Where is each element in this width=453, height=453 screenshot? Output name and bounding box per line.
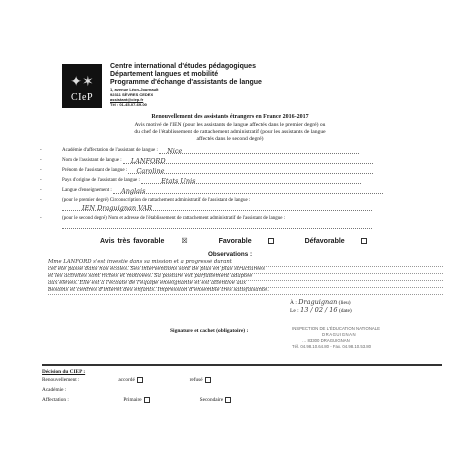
field-value[interactable]: Anglais xyxy=(121,187,145,195)
field-label: (pour le second degré) Nom et adresse de… xyxy=(62,216,285,221)
document-title: Renouvellement des assistants étrangers … xyxy=(60,114,400,120)
option-label: Primaire xyxy=(123,397,141,403)
observations-title: Observations : xyxy=(60,251,400,258)
subtitle-line: Avis motivé de l'IEN (pour les assistant… xyxy=(60,122,400,129)
field-value[interactable]: Nice xyxy=(167,147,182,155)
academy-row: Académie : xyxy=(42,387,66,393)
checkbox-icon[interactable] xyxy=(144,397,150,403)
option-label: Défavorable xyxy=(305,238,345,245)
field-academie: -Académie d'affectation de l'assistant d… xyxy=(40,148,359,154)
option-label: Favorable xyxy=(219,238,252,245)
field-value[interactable]: Caroline xyxy=(136,167,164,175)
field-etablissement: -(pour le second degré) Nom et adresse d… xyxy=(40,216,285,222)
option-label: Secondaire xyxy=(200,397,224,403)
document-subtitle: Avis motivé de l'IEN (pour les assistant… xyxy=(60,122,400,143)
org-program: Programme d'échange d'assistants de lang… xyxy=(110,79,262,87)
opinion-very-favorable[interactable]: Avis très favorable ☒ xyxy=(100,238,202,245)
field-etablissement-value-line xyxy=(62,223,372,229)
subtitle-line: affectés dans le second degré) xyxy=(60,136,400,143)
field-label: Pays d'origine de l'assistant de langue … xyxy=(62,178,140,183)
date-value[interactable]: 13 / 02 / 16 xyxy=(300,306,337,314)
decision-title: Décision du CIEP : xyxy=(42,369,85,375)
date-suffix: (date) xyxy=(339,308,352,314)
org-department: Département langues et mobilité xyxy=(110,71,262,79)
observation-line[interactable]: besoins et centres d'intérêt des enfants… xyxy=(48,287,443,295)
field-circonscription-value-line: IEN Draguignan VAR xyxy=(62,205,372,211)
assignment-label: Affectation : xyxy=(42,397,122,403)
address-phone: Tél : 01-45-07-69-00 xyxy=(110,102,262,107)
assignment-row: Affectation : Primaire Secondaire xyxy=(42,397,231,403)
signature-label: Signature et cachet (obligatoire) : xyxy=(170,328,248,334)
field-label: Nom de l'assistant de langue : xyxy=(62,158,122,163)
globe-map-icon: ✦✶ xyxy=(70,76,93,90)
stamp-line: Tél. 04.98.10.64.80 - Fax. 04.98.10.53.8… xyxy=(292,344,422,350)
field-label: (pour le premier degré) Circonscription … xyxy=(62,198,250,203)
field-value[interactable]: LANFORD xyxy=(131,157,166,165)
section-divider xyxy=(42,364,442,366)
renewal-accorde[interactable]: accordé xyxy=(118,377,188,383)
field-label: Langue d'enseignement : xyxy=(62,188,112,193)
field-value[interactable]: IEN Draguignan VAR xyxy=(82,204,152,212)
checkbox-icon[interactable] xyxy=(268,238,274,244)
opinion-unfavorable[interactable]: Défavorable xyxy=(305,238,381,245)
academy-label: Académie : xyxy=(42,387,66,393)
checked-box-icon[interactable]: ☒ xyxy=(181,238,187,245)
assignment-secondaire[interactable]: Secondaire xyxy=(200,397,232,403)
date-label: Le : xyxy=(290,308,299,314)
logo-text: CIeP xyxy=(71,92,93,104)
option-label: Avis très favorable xyxy=(100,238,164,245)
opinion-favorable[interactable]: Favorable xyxy=(219,238,288,245)
org-header: Centre international d'études pédagogiqu… xyxy=(110,63,262,107)
assignment-primaire[interactable]: Primaire xyxy=(123,397,198,403)
option-label: refusé xyxy=(190,377,203,383)
official-stamp: INSPECTION DE L'ÉDUCATION NATIONALE DRAG… xyxy=(292,326,422,362)
checkbox-icon[interactable] xyxy=(205,377,211,383)
ciep-logo: ✦✶ CIeP xyxy=(62,64,102,108)
date-row: Le : 13 / 02 / 16 (date) xyxy=(290,306,352,314)
checkbox-icon[interactable] xyxy=(137,377,143,383)
renewal-label: Renouvellement : xyxy=(42,377,117,383)
field-pays: -Pays d'origine de l'assistant de langue… xyxy=(40,178,361,184)
opinion-options: Avis très favorable ☒ Favorable Défavora… xyxy=(100,237,395,245)
field-langue: -Langue d'enseignement : Anglais xyxy=(40,188,383,194)
org-name: Centre international d'études pédagogiqu… xyxy=(110,63,262,71)
field-nom: -Nom de l'assistant de langue : LANFORD xyxy=(40,158,373,164)
checkbox-icon[interactable] xyxy=(225,397,231,403)
subtitle-line: du chef de l'établissement de rattacheme… xyxy=(60,129,400,136)
field-value[interactable]: Etats Unis xyxy=(161,177,195,185)
place-row: À : Draguignan (lieu) xyxy=(290,298,351,306)
field-label: Prénom de l'assistant de langue : xyxy=(62,168,127,173)
place-value[interactable]: Draguignan xyxy=(298,298,337,306)
renewal-row: Renouvellement : accordé refusé xyxy=(42,377,211,383)
field-label: Académie d'affectation de l'assistant de… xyxy=(62,148,158,153)
option-label: accordé xyxy=(118,377,134,383)
checkbox-icon[interactable] xyxy=(361,238,367,244)
field-prenom: -Prénom de l'assistant de langue : Carol… xyxy=(40,168,373,174)
renewal-refuse[interactable]: refusé xyxy=(190,377,211,383)
